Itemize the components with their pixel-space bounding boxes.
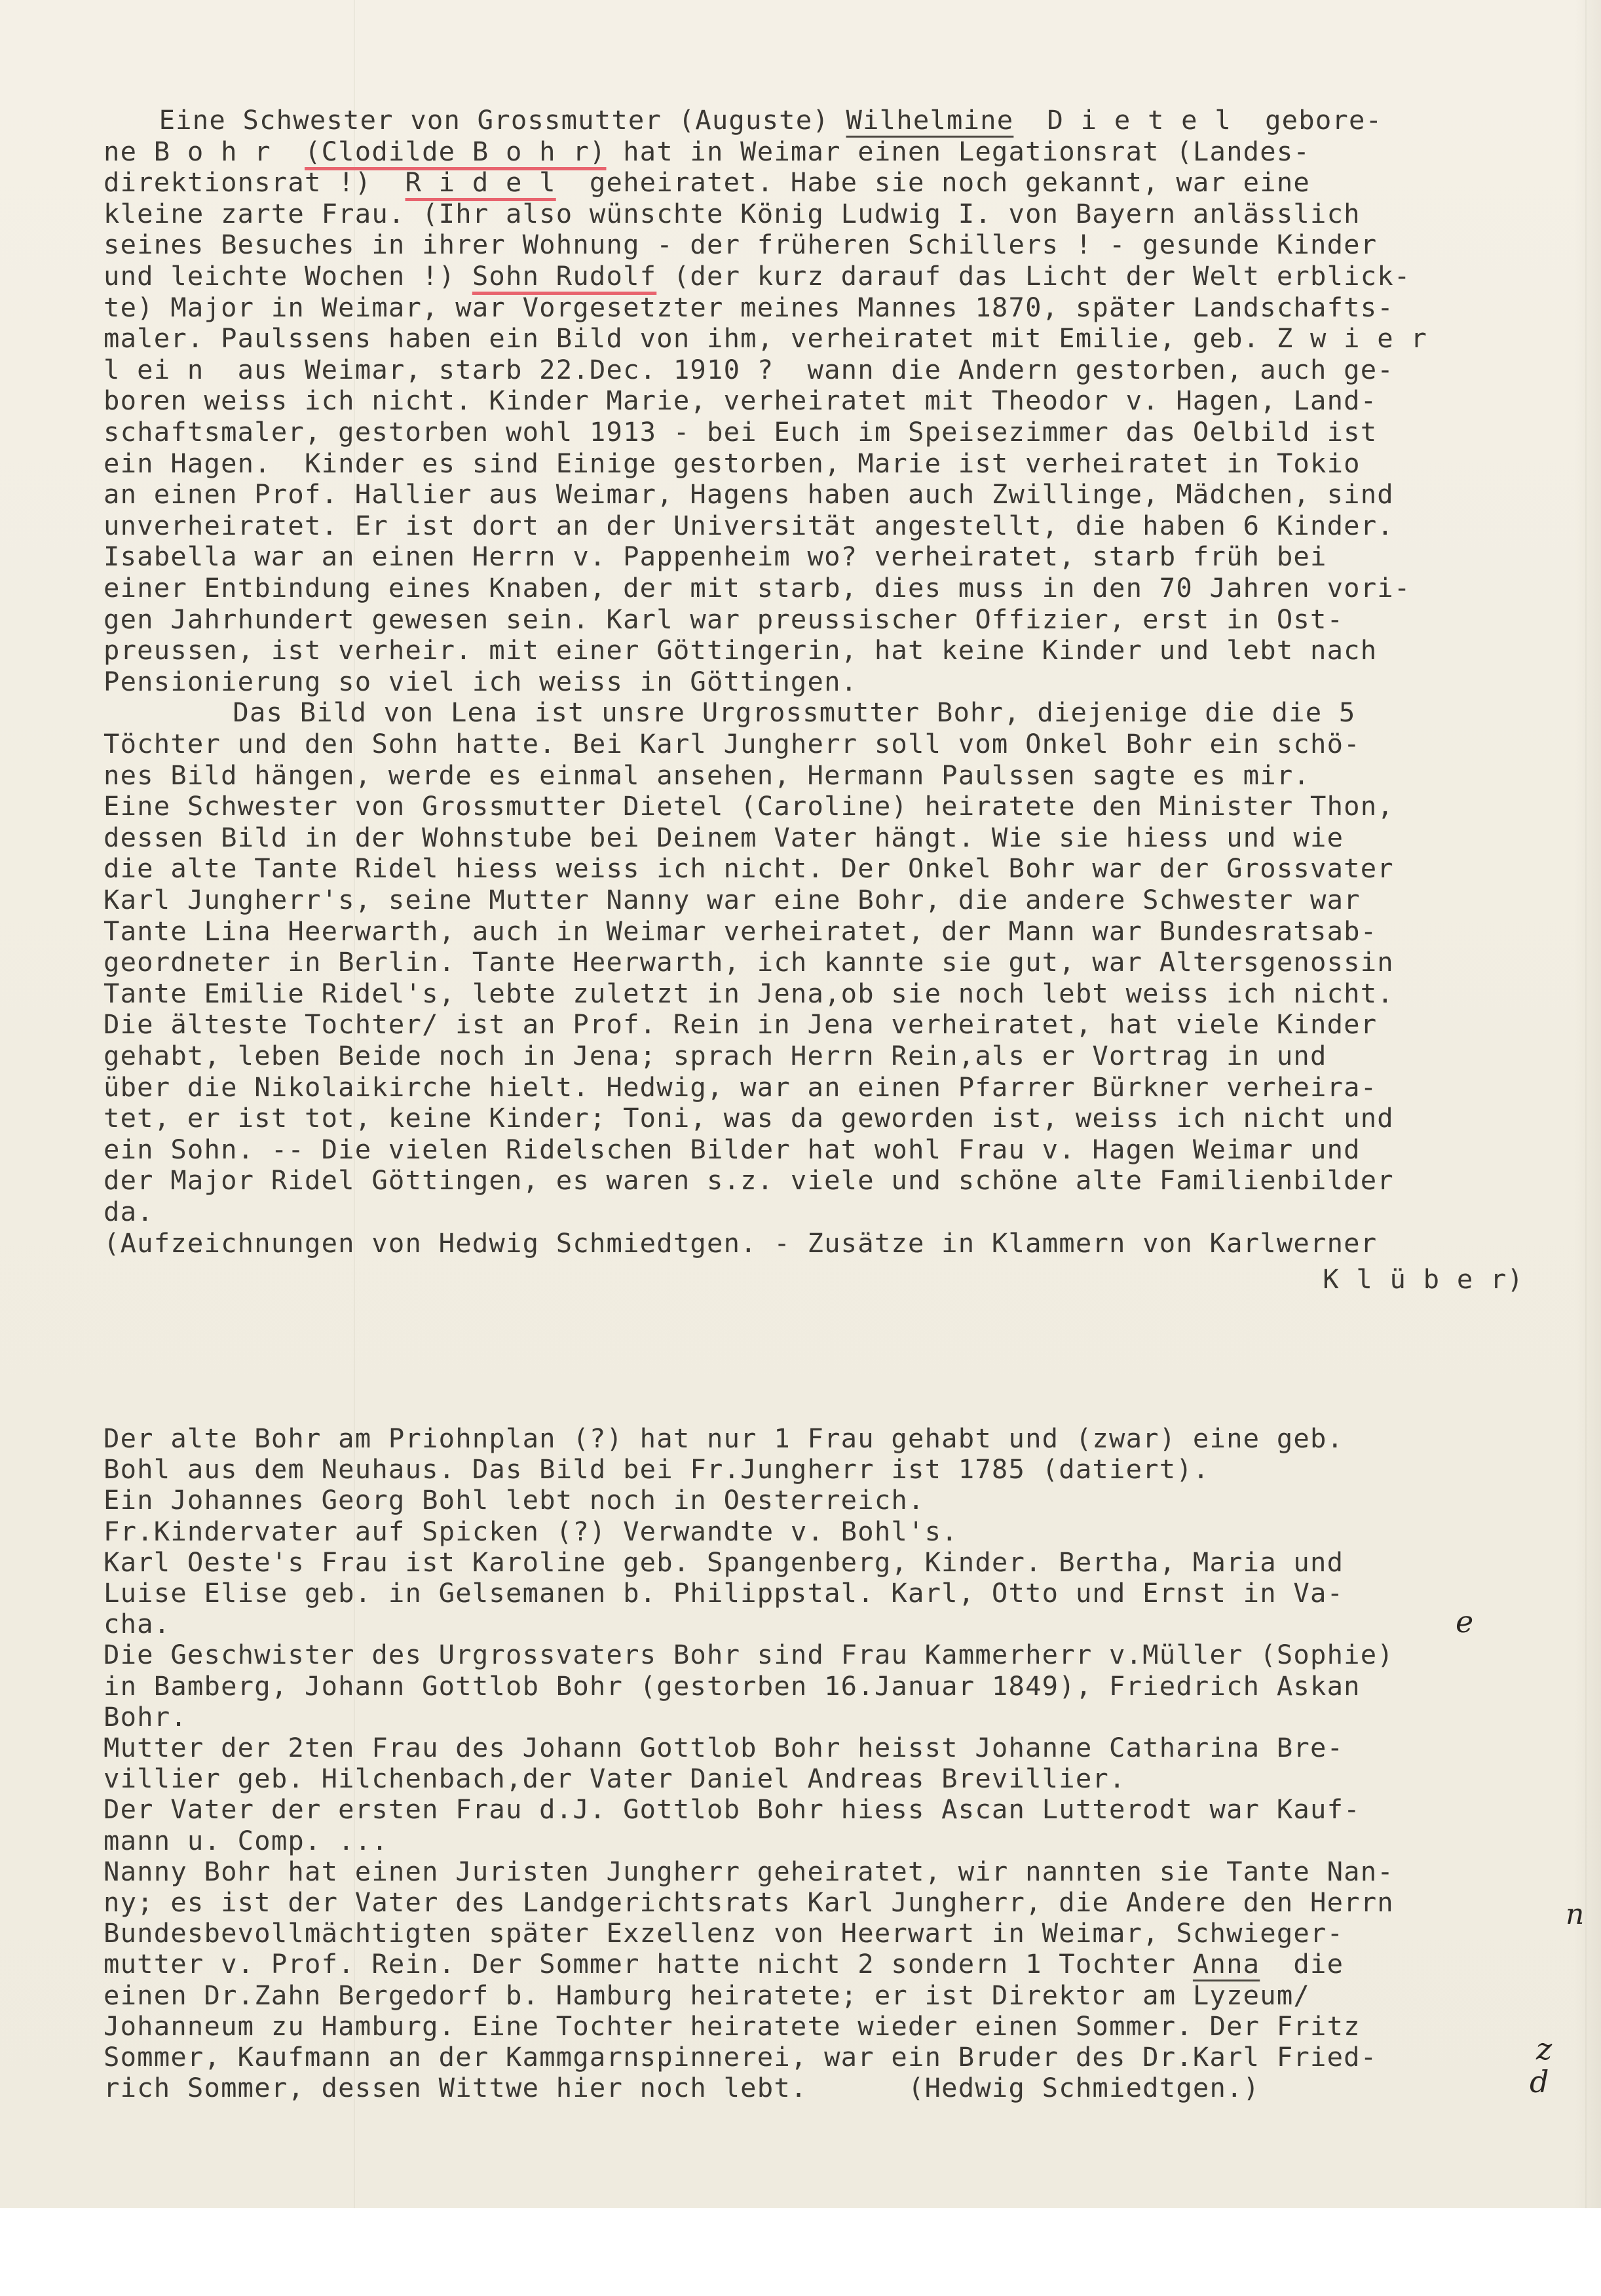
text-run: boren weiss ich nicht. Kinder Marie, ver… <box>104 385 1377 416</box>
text-run: dessen Bild in der Wohnstube bei Deinem … <box>104 822 1344 853</box>
text-run: Bundesbevollmächtigten später Exzellenz … <box>104 1917 1344 1949</box>
text-run: Isabella war an einen Herrn v. Pappenhei… <box>104 541 1327 572</box>
typed-line: Karl Jungherr's, seine Mutter Nanny war … <box>104 883 1361 916</box>
text-run: die alte Tante Ridel hiess weiss ich nic… <box>104 852 1394 884</box>
text-run: Nanny Bohr hat einen Juristen Jungherr g… <box>104 1856 1394 1887</box>
text-run: unverheiratet. Er ist dort an der Univer… <box>104 510 1394 541</box>
text-run: da. <box>104 1196 154 1227</box>
typed-line: kleine zarte Frau. (Ihr also wünschte Kö… <box>104 197 1361 230</box>
text-run: K l ü b e r) <box>1323 1263 1524 1295</box>
text-run: maler. Paulssens haben ein Bild von ihm,… <box>104 322 1427 354</box>
text-run: Bohl aus dem Neuhaus. Das Bild bei Fr.Ju… <box>104 1453 1209 1485</box>
text-run: geheiratet. Habe sie noch gekannt, war e… <box>556 166 1310 198</box>
text-run: cha. <box>104 1608 170 1639</box>
text-run: über die Nikolaikirche hielt. Hedwig, wa… <box>104 1071 1377 1103</box>
typed-line: an einen Prof. Hallier aus Weimar, Hagen… <box>104 478 1394 510</box>
typed-line: die alte Tante Ridel hiess weiss ich nic… <box>104 852 1394 885</box>
typed-line: ne B o h r (Clodilde B o h r) hat in Wei… <box>104 135 1310 168</box>
typed-line: Karl Oeste's Frau ist Karoline geb. Span… <box>104 1546 1344 1578</box>
typed-line: direktionsrat !) R i d e l geheiratet. H… <box>104 166 1310 199</box>
typed-line: Die Geschwister des Urgrossvaters Bohr s… <box>104 1638 1394 1671</box>
text-run: tet, er ist tot, keine Kinder; Toni, was… <box>104 1102 1394 1134</box>
typed-line: ny; es ist der Vater des Landgerichtsrat… <box>104 1886 1394 1919</box>
handwritten-n: n <box>1566 1898 1584 1931</box>
typed-line: gehabt, leben Beide noch in Jena; sprach… <box>104 1039 1327 1072</box>
text-run: Tante Lina Heerwarth, auch in Weimar ver… <box>104 915 1377 947</box>
text-run: Karl Oeste's Frau ist Karoline geb. Span… <box>104 1546 1344 1578</box>
typed-line: seines Besuches in ihrer Wohnung - der f… <box>104 228 1377 261</box>
typed-line: Tante Lina Heerwarth, auch in Weimar ver… <box>104 915 1377 947</box>
typed-line: Fr.Kindervater auf Spicken (?) Verwandte… <box>104 1515 958 1548</box>
text-run: Die älteste Tochter/ ist an Prof. Rein i… <box>104 1008 1377 1040</box>
text-run: der Major Ridel Göttingen, es waren s.z.… <box>104 1164 1394 1196</box>
text-run: seines Besuches in ihrer Wohnung - der f… <box>104 229 1377 260</box>
typed-line: Der Vater der ersten Frau d.J. Gottlob B… <box>104 1793 1361 1826</box>
text-run: Eine Schwester von Grossmutter (Auguste) <box>159 104 846 136</box>
text-run: schaftsmaler, gestorben wohl 1913 - bei … <box>104 416 1377 448</box>
text-run: D i e t e l gebore- <box>1013 104 1382 136</box>
underlined-name: R i d e l <box>405 166 556 198</box>
text-run: (Aufzeichnungen von Hedwig Schmiedtgen. … <box>104 1227 1377 1259</box>
typed-line: l ei n aus Weimar, starb 22.Dec. 1910 ? … <box>104 353 1394 386</box>
text-run: te) Major in Weimar, war Vorgesetzter me… <box>104 292 1394 323</box>
text-run: nes Bild hängen, werde es einmal ansehen… <box>104 759 1310 791</box>
text-run: Der Vater der ersten Frau d.J. Gottlob B… <box>104 1793 1361 1825</box>
typed-line: Johanneum zu Hamburg. Eine Tochter heira… <box>104 2010 1361 2042</box>
typed-line: mann u. Comp. ... <box>104 1824 388 1857</box>
text-run: direktionsrat !) <box>104 166 405 198</box>
typed-line: preussen, ist verheir. mit einer Götting… <box>104 634 1377 666</box>
text-run: mann u. Comp. ... <box>104 1825 388 1856</box>
typed-line: Die älteste Tochter/ ist an Prof. Rein i… <box>104 1008 1377 1041</box>
text-run: Sommer, Kaufmann an der Kammgarnspinnere… <box>104 2041 1377 2073</box>
text-run: preussen, ist verheir. mit einer Götting… <box>104 634 1377 666</box>
paper-shadow <box>1575 0 1601 2208</box>
text-run: (der kurz darauf das Licht der Welt erbl… <box>656 260 1410 292</box>
typed-line: te) Major in Weimar, war Vorgesetzter me… <box>104 291 1394 324</box>
text-run: l ei n aus Weimar, starb 22.Dec. 1910 ? … <box>104 354 1394 385</box>
handwritten-e: e <box>1456 1604 1473 1639</box>
text-run: Luise Elise geb. in Gelsemanen b. Philip… <box>104 1577 1344 1609</box>
typed-line: ein Sohn. -- Die vielen Ridelschen Bilde… <box>104 1133 1361 1166</box>
text-run: ne B o h r <box>104 136 305 167</box>
text-run: Töchter und den Sohn hatte. Bei Karl Jun… <box>104 728 1361 759</box>
typed-line: nes Bild hängen, werde es einmal ansehen… <box>104 759 1310 792</box>
text-run: einen Dr.Zahn Bergedorf b. Hamburg heira… <box>104 1980 1310 2011</box>
typed-line: K l ü b e r) <box>1323 1263 1524 1295</box>
text-run: gen Jahrhundert gewesen sein. Karl war p… <box>104 603 1344 635</box>
text-run: Der alte Bohr am Priohnplan (?) hat nur … <box>104 1423 1344 1454</box>
text-run: Eine Schwester von Grossmutter Dietel (C… <box>104 790 1394 822</box>
text-run: Johanneum zu Hamburg. Eine Tochter heira… <box>104 2010 1361 2042</box>
text-run: die <box>1260 1948 1344 1980</box>
typed-line: in Bamberg, Johann Gottlob Bohr (gestorb… <box>104 1670 1361 1702</box>
text-run: Die Geschwister des Urgrossvaters Bohr s… <box>104 1639 1394 1670</box>
text-run: in Bamberg, Johann Gottlob Bohr (gestorb… <box>104 1670 1361 1702</box>
typed-line: Bohl aus dem Neuhaus. Das Bild bei Fr.Ju… <box>104 1453 1209 1485</box>
typed-line: tet, er ist tot, keine Kinder; Toni, was… <box>104 1101 1394 1134</box>
typed-line: einen Dr.Zahn Bergedorf b. Hamburg heira… <box>104 1979 1310 2012</box>
text-run: ein Sohn. -- Die vielen Ridelschen Bilde… <box>104 1134 1361 1165</box>
text-run: kleine zarte Frau. (Ihr also wünschte Kö… <box>104 198 1361 229</box>
text-run: villier geb. Hilchenbach,der Vater Danie… <box>104 1763 1126 1794</box>
text-run: Das Bild von Lena ist unsre Urgrossmutte… <box>233 697 1355 728</box>
typed-line: über die Nikolaikirche hielt. Hedwig, wa… <box>104 1071 1377 1103</box>
typed-line: Eine Schwester von Grossmutter Dietel (C… <box>104 790 1394 822</box>
text-run: hat in Weimar einen Legationsrat (Landes… <box>607 136 1311 167</box>
text-run: Tante Emilie Ridel's, lebte zuletzt in J… <box>104 978 1394 1009</box>
typed-line: einer Entbindung eines Knaben, der mit s… <box>104 571 1410 604</box>
text-run: rich Sommer, dessen Wittwe hier noch leb… <box>104 2072 1260 2103</box>
typed-line: Tante Emilie Ridel's, lebte zuletzt in J… <box>104 977 1394 1010</box>
typed-line: Das Bild von Lena ist unsre Urgrossmutte… <box>233 696 1355 729</box>
typed-line: schaftsmaler, gestorben wohl 1913 - bei … <box>104 415 1377 448</box>
handwritten-z: z <box>1536 2031 1552 2067</box>
underlined-name: Sohn Rudolf <box>472 260 656 292</box>
handwritten-d: d <box>1530 2064 1549 2099</box>
typed-line: da. <box>104 1195 154 1228</box>
typed-line: Der alte Bohr am Priohnplan (?) hat nur … <box>104 1422 1344 1455</box>
typed-line: dessen Bild in der Wohnstube bei Deinem … <box>104 821 1344 854</box>
text-run: ny; es ist der Vater des Landgerichtsrat… <box>104 1886 1394 1918</box>
typed-line: Bohr. <box>104 1700 187 1733</box>
text-run: Karl Jungherr's, seine Mutter Nanny war … <box>104 884 1361 915</box>
typed-line: Eine Schwester von Grossmutter (Auguste)… <box>159 104 1383 136</box>
typed-line: mutter v. Prof. Rein. Der Sommer hatte n… <box>104 1947 1344 1980</box>
underlined-name: Wilhelmine <box>846 104 1014 136</box>
typed-line: villier geb. Hilchenbach,der Vater Danie… <box>104 1762 1126 1795</box>
typed-line: Bundesbevollmächtigten später Exzellenz … <box>104 1917 1344 1949</box>
text-run: an einen Prof. Hallier aus Weimar, Hagen… <box>104 478 1394 510</box>
text-run: und leichte Wochen !) <box>104 260 472 292</box>
typed-line: Luise Elise geb. in Gelsemanen b. Philip… <box>104 1577 1344 1609</box>
text-run: gehabt, leben Beide noch in Jena; sprach… <box>104 1040 1327 1071</box>
text-run: einer Entbindung eines Knaben, der mit s… <box>104 572 1410 603</box>
typed-line: ein Hagen. Kinder es sind Einige gestorb… <box>104 447 1361 480</box>
text-run: ein Hagen. Kinder es sind Einige gestorb… <box>104 448 1361 479</box>
typed-line: boren weiss ich nicht. Kinder Marie, ver… <box>104 384 1377 417</box>
underlined-name: Anna <box>1193 1948 1260 1980</box>
typed-line: Töchter und den Sohn hatte. Bei Karl Jun… <box>104 727 1361 760</box>
typed-line: Nanny Bohr hat einen Juristen Jungherr g… <box>104 1855 1394 1888</box>
text-run: Pensionierung so viel ich weiss in Götti… <box>104 666 857 697</box>
typed-line: der Major Ridel Göttingen, es waren s.z.… <box>104 1164 1394 1196</box>
text-run: Fr.Kindervater auf Spicken (?) Verwandte… <box>104 1516 958 1547</box>
text-run: mutter v. Prof. Rein. Der Sommer hatte n… <box>104 1948 1193 1980</box>
typed-line: unverheiratet. Er ist dort an der Univer… <box>104 509 1394 542</box>
typed-line: (Aufzeichnungen von Hedwig Schmiedtgen. … <box>104 1227 1377 1259</box>
typed-line: Pensionierung so viel ich weiss in Götti… <box>104 665 857 698</box>
typed-line: geordneter in Berlin. Tante Heerwarth, i… <box>104 946 1394 978</box>
text-run: Mutter der 2ten Frau des Johann Gottlob … <box>104 1732 1344 1763</box>
text-run: Bohr. <box>104 1701 187 1732</box>
text-run: geordneter in Berlin. Tante Heerwarth, i… <box>104 946 1394 978</box>
underlined-name: (Clodilde B o h r) <box>305 136 607 167</box>
typed-line: Isabella war an einen Herrn v. Pappenhei… <box>104 540 1327 573</box>
typed-line: Ein Johannes Georg Bohl lebt noch in Oes… <box>104 1483 925 1516</box>
typed-line: rich Sommer, dessen Wittwe hier noch leb… <box>104 2071 1260 2104</box>
typed-line: maler. Paulssens haben ein Bild von ihm,… <box>104 322 1427 354</box>
typed-line: und leichte Wochen !) Sohn Rudolf (der k… <box>104 259 1411 292</box>
typed-line: cha. <box>104 1607 170 1640</box>
typed-line: Mutter der 2ten Frau des Johann Gottlob … <box>104 1731 1344 1764</box>
text-run: Ein Johannes Georg Bohl lebt noch in Oes… <box>104 1484 925 1516</box>
typed-line: Sommer, Kaufmann an der Kammgarnspinnere… <box>104 2040 1377 2073</box>
typed-line: gen Jahrhundert gewesen sein. Karl war p… <box>104 603 1344 636</box>
